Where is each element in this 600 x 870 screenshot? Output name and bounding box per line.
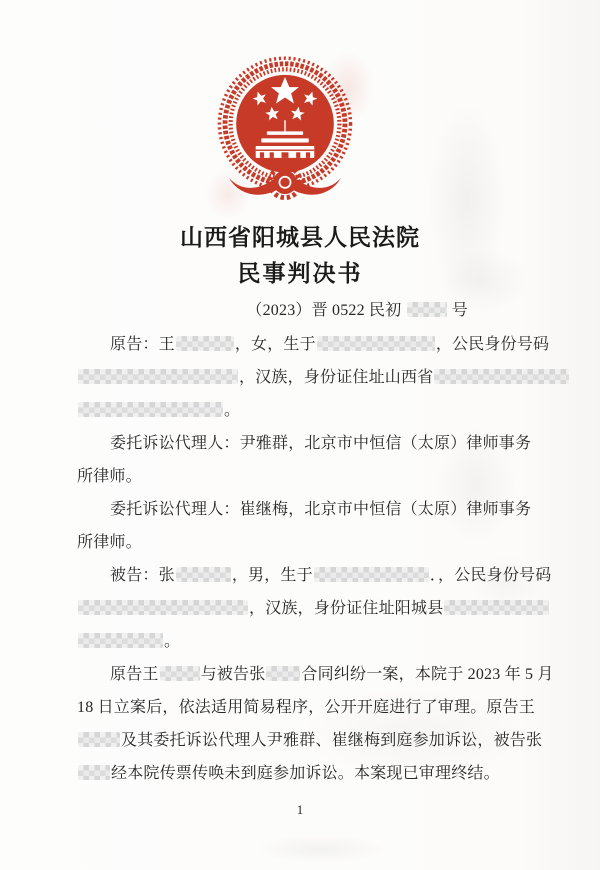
page-number: 1: [0, 802, 600, 818]
redaction-block: [78, 765, 110, 780]
document-line: 委托诉讼代理人：尹雅群，北京市中恒信（太原）律师事务: [77, 427, 600, 460]
text-segment: 。: [224, 402, 240, 419]
redaction-block: [266, 666, 300, 681]
text-segment: ，汉族，身份证住址山西省: [239, 369, 433, 386]
text-segment: 原告王: [110, 666, 159, 683]
text-segment: 所律师。: [77, 534, 142, 551]
china-national-emblem-icon: [215, 54, 355, 206]
redaction-block: [78, 402, 223, 417]
redaction-block: [407, 302, 447, 317]
document-line: 委托诉讼代理人：崔继梅，北京市中恒信（太原）律师事务: [77, 493, 600, 526]
redaction-block: [314, 567, 429, 582]
text-segment: 委托诉讼代理人：崔继梅，北京市中恒信（太原）律师事务: [110, 501, 531, 518]
text-segment: 被告：张: [110, 567, 175, 584]
document-line: 被告：张，男，生于．，公民身份号码: [77, 559, 600, 592]
text-segment: ，女，生于: [235, 336, 316, 353]
case-number: （2023）晋 0522 民初 号: [0, 298, 600, 324]
redaction-block: [160, 666, 200, 681]
scan-artifact: [255, 835, 385, 863]
text-segment: ，公民身份号码: [436, 336, 549, 353]
document-type: 民事判决书: [0, 258, 600, 290]
text-segment: 所律师。: [77, 468, 142, 485]
document-line: 。: [77, 625, 600, 658]
text-segment: 原告：王: [110, 336, 175, 353]
text-segment: （2023）晋 0522 民初: [246, 302, 405, 319]
document-line: 所律师。: [77, 460, 600, 493]
document-line: ，汉族，身份证住址阳城县: [77, 592, 600, 625]
text-segment: 经本院传票传唤未到庭参加诉讼。本案现已审理终结。: [111, 765, 500, 782]
text-segment: 18 日立案后，依法适用简易程序，公开开庭进行了审理。原告王: [77, 699, 535, 716]
document-line: 及其委托诉讼代理人尹雅群、崔继梅到庭参加诉讼，被告张: [77, 724, 600, 757]
text-segment: 。: [164, 633, 180, 650]
judgment-page: 山西省阳城县人民法院 民事判决书 （2023）晋 0522 民初 号 原告：王，…: [0, 0, 600, 870]
redaction-block: [78, 369, 238, 384]
redaction-block: [78, 633, 163, 648]
text-segment: 及其委托诉讼代理人尹雅群、崔继梅到庭参加诉讼，被告张: [121, 732, 542, 749]
court-name: 山西省阳城县人民法院: [0, 222, 600, 254]
document-line: 。: [77, 394, 600, 427]
document-line: 18 日立案后，依法适用简易程序，公开开庭进行了审理。原告王: [77, 691, 600, 724]
document-line: ，汉族，身份证住址山西省: [77, 361, 600, 394]
document-body: 原告：王，女，生于，公民身份号码，汉族，身份证住址山西省。委托诉讼代理人：尹雅群…: [0, 324, 600, 790]
text-segment: 合同纠纷一案，本院于 2023 年 5 月: [301, 666, 553, 683]
redaction-block: [434, 369, 569, 384]
text-segment: 与被告张: [201, 666, 266, 683]
text-segment: ，男，生于: [232, 567, 313, 584]
redaction-block: [78, 732, 120, 747]
redaction-block: [78, 600, 248, 615]
text-segment: 委托诉讼代理人：尹雅群，北京市中恒信（太原）律师事务: [110, 435, 531, 452]
redaction-block: [317, 336, 435, 351]
document-line: 所律师。: [77, 526, 600, 559]
document-line: 原告王与被告张合同纠纷一案，本院于 2023 年 5 月: [77, 658, 600, 691]
text-segment: ．，公民身份号码: [430, 567, 552, 584]
document-line: 原告：王，女，生于，公民身份号码: [77, 328, 600, 361]
text-segment: 号: [448, 302, 468, 319]
redaction-block: [176, 567, 231, 582]
redaction-block: [444, 600, 549, 615]
text-segment: ，汉族，身份证住址阳城县: [249, 600, 443, 617]
redaction-block: [176, 336, 234, 351]
document-line: 经本院传票传唤未到庭参加诉讼。本案现已审理终结。: [77, 757, 600, 790]
